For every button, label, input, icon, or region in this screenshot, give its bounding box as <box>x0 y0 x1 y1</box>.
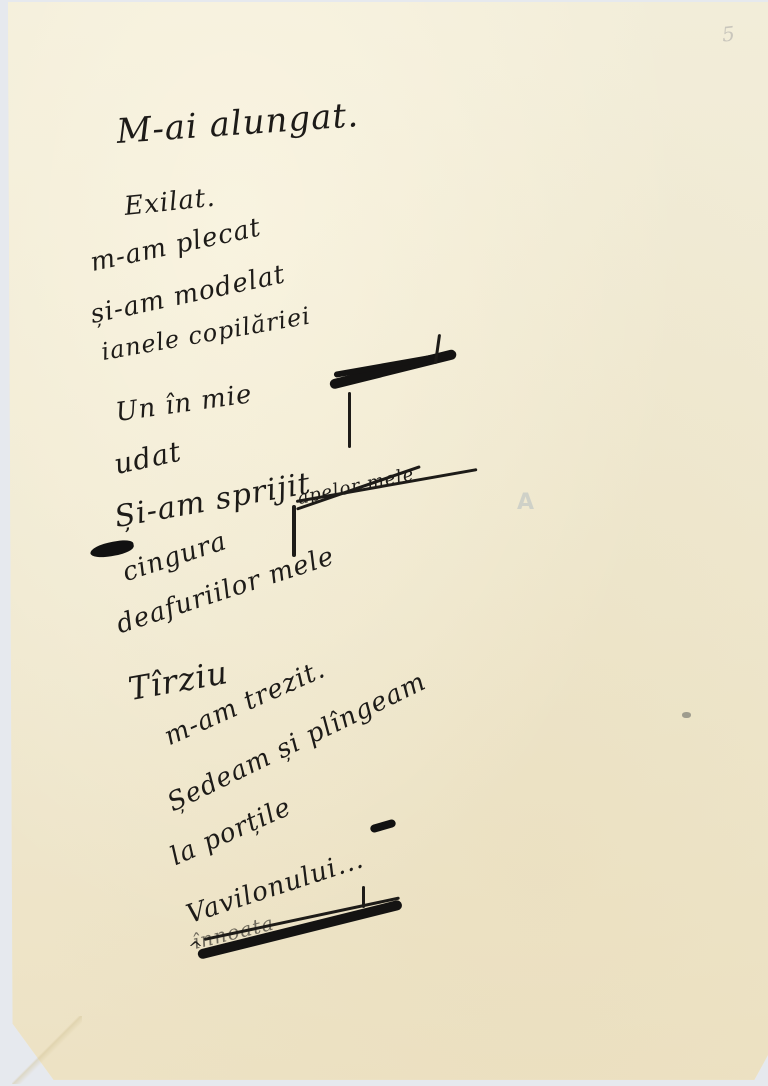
page-number: 5 <box>721 21 736 46</box>
archive-stamp: A <box>517 490 534 515</box>
insertion-stroke <box>292 505 296 557</box>
ink-speck <box>682 712 691 718</box>
insertion-stroke <box>348 392 351 448</box>
insertion-stroke <box>362 886 365 908</box>
